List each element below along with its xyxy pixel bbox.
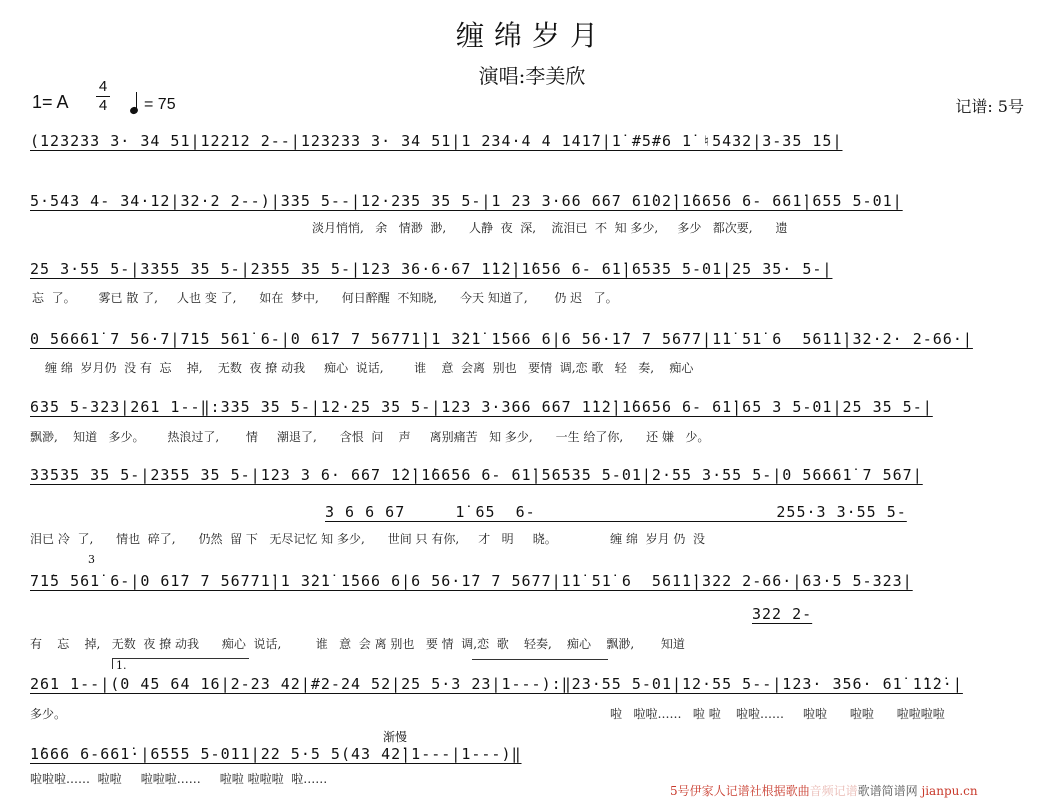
transcriber-credit: 记谱: 5号 (955, 94, 1024, 117)
lyrics-line-6: 泪已 冷 了, 情也 碎了, 仍然 留 下 无尽记忆 知 多少, 世间 只 有你… (30, 530, 705, 547)
time-signature: 4 4 (95, 78, 111, 115)
lyrics-line-8-right: 啦 啦啦…… 啦 啦 啦啦…… 啦啦 啦啦 啦啦啦啦 (610, 705, 945, 722)
singer-credit: 演唱:李美欣 (0, 60, 1064, 89)
score-line-8: 261 1--|(0 45 64 16|2-23 42|#2-24 52|25 … (30, 675, 963, 693)
song-title: 缠绵岁月 (0, 14, 1064, 54)
volta-label: 1. (116, 659, 127, 672)
harmony-line-6: 3 6 6 67 1̇ 65 6- 255·3 3·55 5- (325, 503, 907, 521)
score-line-9: 1̇666 6-661̇·|6555 5-011|22 5·5 5(43 42̇… (30, 745, 522, 763)
score-line-2: 5·543 4- 34·12|32·2 2--)|335 5--|12·235 … (30, 192, 903, 210)
watermark-site-url: jianpu.cn (922, 784, 978, 798)
ritardando-marking: 渐慢 (383, 728, 407, 745)
key-signature: 1= A (32, 92, 69, 113)
lyrics-line-4: 缠 绵 岁月仍 没 有 忘 掉, 无数 夜 撩 动我 痴心 说话, 谁 意 会离… (45, 359, 693, 376)
volta-bracket-2 (472, 659, 608, 670)
triplet-marker: 3 (88, 553, 95, 566)
time-signature-bottom: 4 (95, 97, 111, 115)
score-line-4: 0 56661̇ 7 56·7|71̇5 561̇ 6-|0 61̇7 7 56… (30, 330, 973, 348)
lyrics-line-9: 啦啦啦…… 啦啦 啦啦啦…… 啦啦 啦啦啦 啦…… (30, 770, 327, 787)
tempo-marking: = 75 (130, 92, 176, 114)
watermark: 5号伊家人记谱社根据歌曲音频记谱歌谱简谱网 jianpu.cn (670, 782, 978, 799)
score-line-5: 635 5-323|261 1--‖:335 35 5-|12·25 35 5-… (30, 398, 933, 416)
score-line-3: 25 3·55 5-|3355 35 5-|2355 35 5-|123 36·… (30, 260, 832, 278)
lyrics-line-5: 飘渺, 知道 多少。 热浪过了, 情 潮退了, 含恨 问 声 离别痛苦 知 多少… (30, 428, 709, 445)
time-signature-top: 4 (95, 78, 111, 96)
score-line-6: 33535 35 5-|2355 35 5-|123 3 6· 667 1̇2̇… (30, 466, 923, 484)
lyrics-line-7: 有 忘 掉, 无数 夜 撩 动我 痴心 说话, 谁 意 会 离 别也 要 情 调… (30, 635, 685, 652)
score-line-7: 71̇5 561̇ 6-|0 61̇7 7 56771̇|1 3̇2̇1̇ 1̇… (30, 572, 913, 590)
harmony-line-7: 322 2- (752, 605, 812, 623)
lyrics-line-2: 淡月悄悄, 余 情渺 渺, 人静 夜 深, 流泪已 不 知 多少, 多少 都次要… (312, 219, 787, 236)
watermark-site-name: 歌谱简谱网 (858, 784, 918, 798)
score-line-1: (123233 3· 34 51|12212 2--|123233 3· 34 … (30, 132, 843, 150)
tempo-value: = 75 (144, 96, 176, 114)
lyrics-line-8-left: 多少。 (30, 705, 66, 722)
watermark-red-text: 5号伊家人记谱社根据歌曲 (670, 784, 810, 798)
quarter-note-icon (130, 92, 142, 114)
volta-bracket-1: 1. (112, 658, 249, 669)
watermark-faint-text: 音频记谱 (810, 784, 858, 798)
lyrics-line-3: 忘 了。 雾已 散 了, 人也 变 了, 如在 梦中, 何日醉醒 不知晓, 今天… (32, 289, 618, 306)
